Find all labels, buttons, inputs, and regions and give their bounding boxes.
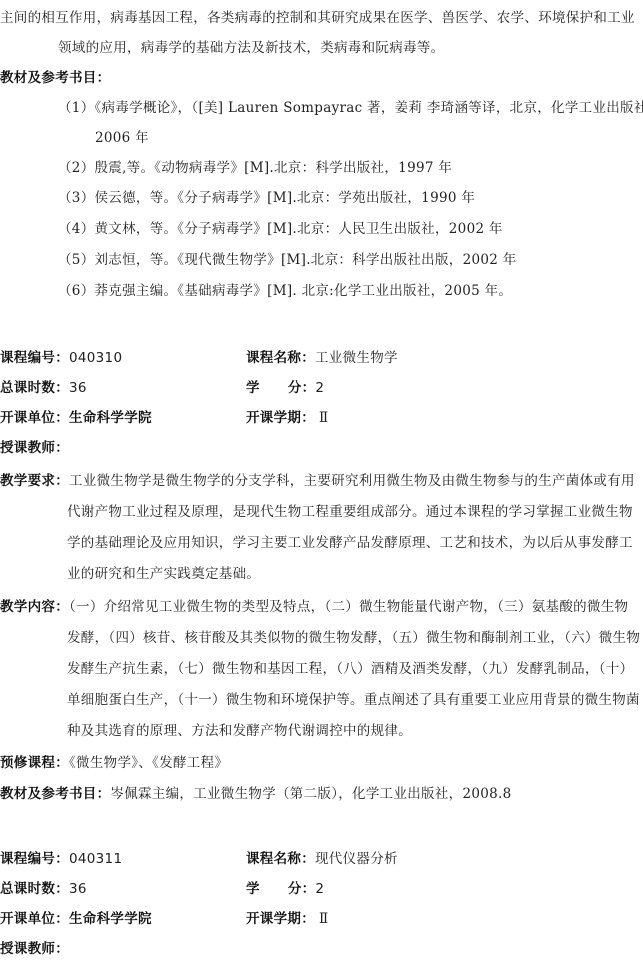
requirements-line: 学的基础理论及应用知识，学习主要工业发酵产品发酵原理、工艺和技术，为以后从事发酵…: [67, 534, 633, 552]
content-line: 领域的应用，病毒学的基础方法及新技术，类病毒和阮病毒等。: [58, 39, 444, 57]
prereq-row: 预修课程：《微生物学》、《发酵工程》: [0, 754, 228, 772]
requirements-text: 工业微生物学是微生物学的分支学科，主要研究利用微生物及由微生物参与的生产菌体或有…: [69, 473, 635, 489]
textbooks-label: 教材及参考书目：: [0, 786, 110, 802]
prereq-value: 《微生物学》、《发酵工程》: [69, 755, 228, 771]
requirements-line: 业的研究和生产实践奠定基础。: [67, 565, 260, 583]
content-line: 发酵生产抗生素，（七）微生物和基因工程，（八）酒精及酒类发酵，（九）发酵乳制品，…: [67, 660, 633, 678]
requirements-line: 代谢产物工业过程及原理，是现代生物工程重要组成部分。通过本课程的学习掌握工业微生…: [67, 503, 633, 521]
course-hours-row: 总课时数：36 学分：2: [0, 880, 643, 898]
term-value: Ⅱ: [319, 911, 328, 927]
course-dept-row: 开课单位：生命科学学院 开课学期：Ⅱ: [0, 409, 643, 427]
hours-label: 总课时数：: [0, 881, 69, 897]
textbooks-label: 教材及参考书目：: [0, 69, 110, 87]
teacher-label: 授课教师：: [0, 940, 69, 958]
term-label: 开课学期：: [246, 410, 315, 426]
credit-value: 2: [315, 881, 324, 897]
course-name-label: 课程名称：: [246, 350, 315, 366]
content-line: 主间的相互作用，病毒基因工程，各类病毒的控制和其研究成果在医学、兽医学、农学、环…: [0, 9, 635, 27]
credit-label-b: 分：: [288, 881, 316, 897]
teacher-label: 授课教师：: [0, 439, 69, 457]
textbook-item: （2）殷震,等。《动物病毒学》[M].北京：科学出版社，1997 年: [58, 159, 452, 177]
course-code: 040310: [69, 350, 122, 366]
content-line: 发酵，（四）核苷、核苷酸及其类似物的微生物发酵，（五）微生物和酶制剂工业，（六）…: [67, 629, 640, 647]
course-code-row: 课程编号：040311 课程名称：现代仪器分析: [0, 850, 643, 868]
textbook-item-cont: 2006 年: [95, 129, 149, 147]
content-line: 单细胞蛋白生产，（十一）微生物和环境保护等。重点阐述了具有重要工业应用背景的微生…: [67, 691, 640, 709]
textbooks-value: 岑佩霖主编，工业微生物学（第二版），化学工业出版社，2008.8: [110, 786, 511, 802]
hours-label: 总课时数：: [0, 380, 69, 396]
credit-label-b: 分：: [288, 380, 316, 396]
textbooks-row: 教材及参考书目：岑佩霖主编，工业微生物学（第二版），化学工业出版社，2008.8: [0, 785, 512, 803]
dept-value: 生命科学学院: [69, 911, 152, 927]
content-text: （一）介绍常见工业微生物的类型及特点，（二）微生物能量代谢产物，（三）氨基酸的微…: [69, 599, 628, 615]
requirements-row: 教学要求：工业微生物学是微生物学的分支学科，主要研究利用微生物及由微生物参与的生…: [0, 472, 635, 490]
credit-label-a: 学: [246, 380, 260, 396]
content-row: 教学内容：（一）介绍常见工业微生物的类型及特点，（二）微生物能量代谢产物，（三）…: [0, 598, 628, 616]
credit-label-a: 学: [246, 881, 260, 897]
credit-value: 2: [315, 380, 324, 396]
dept-value: 生命科学学院: [69, 410, 152, 426]
course-name: 工业微生物学: [315, 350, 398, 366]
hours-value: 36: [69, 380, 87, 396]
course-code-label: 课程编号：: [0, 350, 69, 366]
course-dept-row: 开课单位：生命科学学院 开课学期：Ⅱ: [0, 910, 643, 928]
textbook-item: （4）黄文林，等。《分子病毒学》[M].北京：人民卫生出版社，2002 年: [58, 220, 503, 238]
term-value: Ⅱ: [319, 410, 328, 426]
course-name-label: 课程名称：: [246, 851, 315, 867]
course-code-label: 课程编号：: [0, 851, 69, 867]
textbook-item: （6）莽克强主编。《基础病毒学》[M]. 北京:化学工业出版社，2005 年。: [58, 282, 512, 300]
course-code: 040311: [69, 851, 122, 867]
prereq-label: 预修课程：: [0, 755, 69, 771]
hours-value: 36: [69, 881, 87, 897]
dept-label: 开课单位：: [0, 911, 69, 927]
course-code-row: 课程编号：040310 课程名称：工业微生物学: [0, 349, 643, 367]
content-label: 教学内容：: [0, 599, 69, 615]
course-name: 现代仪器分析: [315, 851, 398, 867]
textbook-item: （1）《病毒学概论》，（[美] Lauren Sompayrac 著，姜莉 李琦…: [58, 99, 643, 117]
textbook-item: （5）刘志恒，等。《现代微生物学》[M].北京：科学出版社出版，2002 年: [58, 251, 517, 269]
dept-label: 开课单位：: [0, 410, 69, 426]
requirements-label: 教学要求：: [0, 473, 69, 489]
content-line: 种及其选育的原理、方法和发酵产物代谢调控中的规律。: [67, 722, 412, 740]
textbook-item: （3）侯云德，等。《分子病毒学》[M].北京：学苑出版社，1990 年: [58, 189, 475, 207]
course-hours-row: 总课时数：36 学分：2: [0, 379, 643, 397]
term-label: 开课学期：: [246, 911, 315, 927]
